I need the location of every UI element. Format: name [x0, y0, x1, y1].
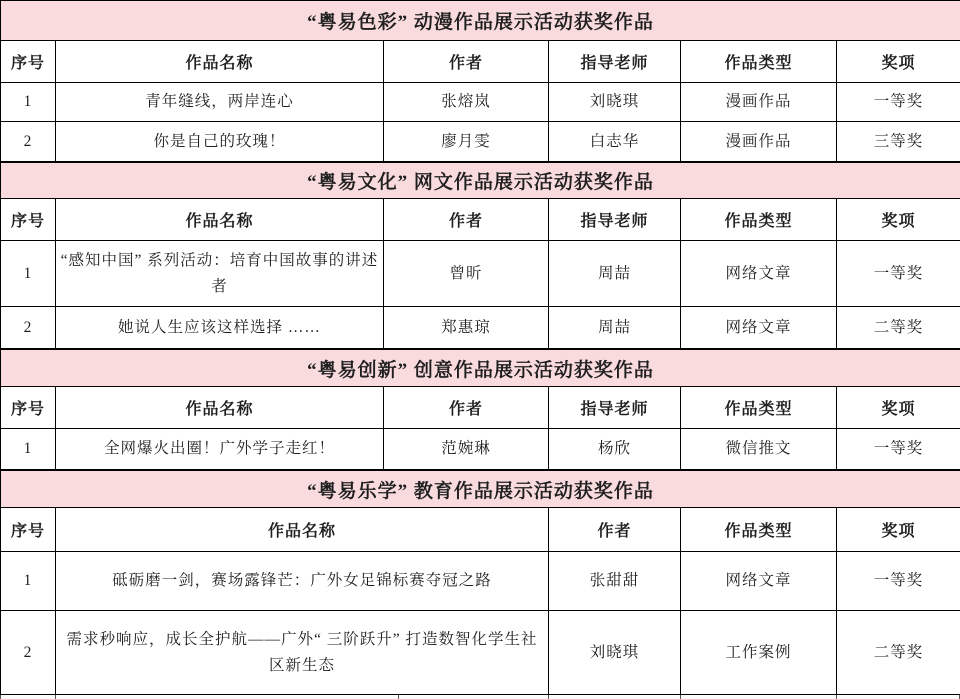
author-cell: 张熔岚 [384, 83, 549, 122]
section-title: “粤易乐学” 教育作品展示活动获奖作品 [1, 471, 960, 508]
column-header-award: 奖项 [837, 41, 960, 83]
work-title-cell: 砥砺磨一剑，赛场露锋芒：广外女足锦标赛夺冠之路 [56, 552, 549, 611]
author-cell: 郑惠琼 [384, 307, 549, 349]
work-title-cell: “感知中国” 系列活动：培育中国故事的讲述者 [56, 241, 384, 307]
section-title: “粤易文化” 网文作品展示活动获奖作品 [1, 163, 960, 199]
column-header-advisor: 指导老师 [549, 387, 681, 429]
advisor-cell: 杨欣 [549, 429, 681, 470]
column-header-award: 奖项 [837, 199, 960, 241]
next-row-cutoff [0, 695, 960, 699]
awards-table-wenhua: “粤易文化” 网文作品展示活动获奖作品 序号 作品名称 作者 指导老师 作品类型… [0, 162, 960, 349]
column-header-author: 作者 [384, 41, 549, 83]
type-cell: 工作案例 [681, 611, 837, 695]
author-cell: 范婉琳 [384, 429, 549, 470]
column-header-serial: 序号 [1, 199, 56, 241]
column-header-work: 作品名称 [56, 387, 384, 429]
column-header-award: 奖项 [837, 508, 960, 552]
table-row: 2 你是自己的玫瑰！ 廖月雯 白志华 漫画作品 三等奖 [1, 122, 960, 162]
type-cell: 漫画作品 [681, 83, 837, 122]
author-cell: 曾昕 [384, 241, 549, 307]
serial-cell: 1 [1, 429, 56, 470]
column-header-author: 作者 [384, 199, 549, 241]
awards-table-secai: “粤易色彩” 动漫作品展示活动获奖作品 序号 作品名称 作者 指导老师 作品类型… [0, 0, 960, 162]
column-header-type: 作品类型 [681, 199, 837, 241]
column-header-advisor: 指导老师 [549, 41, 681, 83]
type-cell: 微信推文 [681, 429, 837, 470]
serial-cell: 2 [1, 611, 56, 695]
serial-cell: 2 [1, 122, 56, 162]
table-row: 2 她说人生应该这样选择 …… 郑惠琼 周喆 网络文章 二等奖 [1, 307, 960, 349]
serial-cell: 1 [1, 241, 56, 307]
table-row: 1 青年缝线，两岸连心 张熔岚 刘晓琪 漫画作品 一等奖 [1, 83, 960, 122]
table-row: 2 需求秒响应，成长全护航——广外“ 三阶跃升” 打造数智化学生社区新生态 刘晓… [1, 611, 960, 695]
column-header-award: 奖项 [837, 387, 960, 429]
section-title: “粤易创新” 创意作品展示活动获奖作品 [1, 350, 960, 387]
column-header-work: 作品名称 [56, 508, 549, 552]
table-row: 1 砥砺磨一剑，赛场露锋芒：广外女足锦标赛夺冠之路 张甜甜 网络文章 一等奖 [1, 552, 960, 611]
advisor-cell: 周喆 [549, 241, 681, 307]
award-cell: 一等奖 [837, 552, 960, 611]
serial-cell: 2 [1, 307, 56, 349]
work-title-cell: 需求秒响应，成长全护航——广外“ 三阶跃升” 打造数智化学生社区新生态 [56, 611, 549, 695]
table-row: 1 全网爆火出圈！广外学子走红！ 范婉琳 杨欣 微信推文 一等奖 [1, 429, 960, 470]
column-header-type: 作品类型 [681, 508, 837, 552]
award-cell: 一等奖 [837, 429, 960, 470]
awards-document: “粤易色彩” 动漫作品展示活动获奖作品 序号 作品名称 作者 指导老师 作品类型… [0, 0, 960, 699]
author-cell: 张甜甜 [549, 552, 681, 611]
awards-table-lexue: “粤易乐学” 教育作品展示活动获奖作品 序号 作品名称 作者 作品类型 奖项 1… [0, 470, 960, 695]
column-header-type: 作品类型 [681, 387, 837, 429]
type-cell: 网络文章 [681, 307, 837, 349]
column-header-author: 作者 [549, 508, 681, 552]
section-title: “粤易色彩” 动漫作品展示活动获奖作品 [1, 1, 960, 41]
column-header-author: 作者 [384, 387, 549, 429]
column-header-work: 作品名称 [56, 199, 384, 241]
author-cell: 廖月雯 [384, 122, 549, 162]
work-title-cell: 你是自己的玫瑰！ [56, 122, 384, 162]
work-title-cell: 全网爆火出圈！广外学子走红！ [56, 429, 384, 470]
table-row: 1 “感知中国” 系列活动：培育中国故事的讲述者 曾昕 周喆 网络文章 一等奖 [1, 241, 960, 307]
column-header-type: 作品类型 [681, 41, 837, 83]
author-cell: 刘晓琪 [549, 611, 681, 695]
award-cell: 一等奖 [837, 83, 960, 122]
type-cell: 网络文章 [681, 552, 837, 611]
award-cell: 二等奖 [837, 611, 960, 695]
award-cell: 二等奖 [837, 307, 960, 349]
advisor-cell: 周喆 [549, 307, 681, 349]
column-header-serial: 序号 [1, 41, 56, 83]
awards-table-chuangxin: “粤易创新” 创意作品展示活动获奖作品 序号 作品名称 作者 指导老师 作品类型… [0, 349, 960, 470]
type-cell: 漫画作品 [681, 122, 837, 162]
work-title-cell: 她说人生应该这样选择 …… [56, 307, 384, 349]
column-header-serial: 序号 [1, 508, 56, 552]
work-title-cell: 青年缝线，两岸连心 [56, 83, 384, 122]
advisor-cell: 白志华 [549, 122, 681, 162]
serial-cell: 1 [1, 552, 56, 611]
award-cell: 一等奖 [837, 241, 960, 307]
award-cell: 三等奖 [837, 122, 960, 162]
column-header-advisor: 指导老师 [549, 199, 681, 241]
serial-cell: 1 [1, 83, 56, 122]
type-cell: 网络文章 [681, 241, 837, 307]
column-header-serial: 序号 [1, 387, 56, 429]
advisor-cell: 刘晓琪 [549, 83, 681, 122]
column-header-work: 作品名称 [56, 41, 384, 83]
